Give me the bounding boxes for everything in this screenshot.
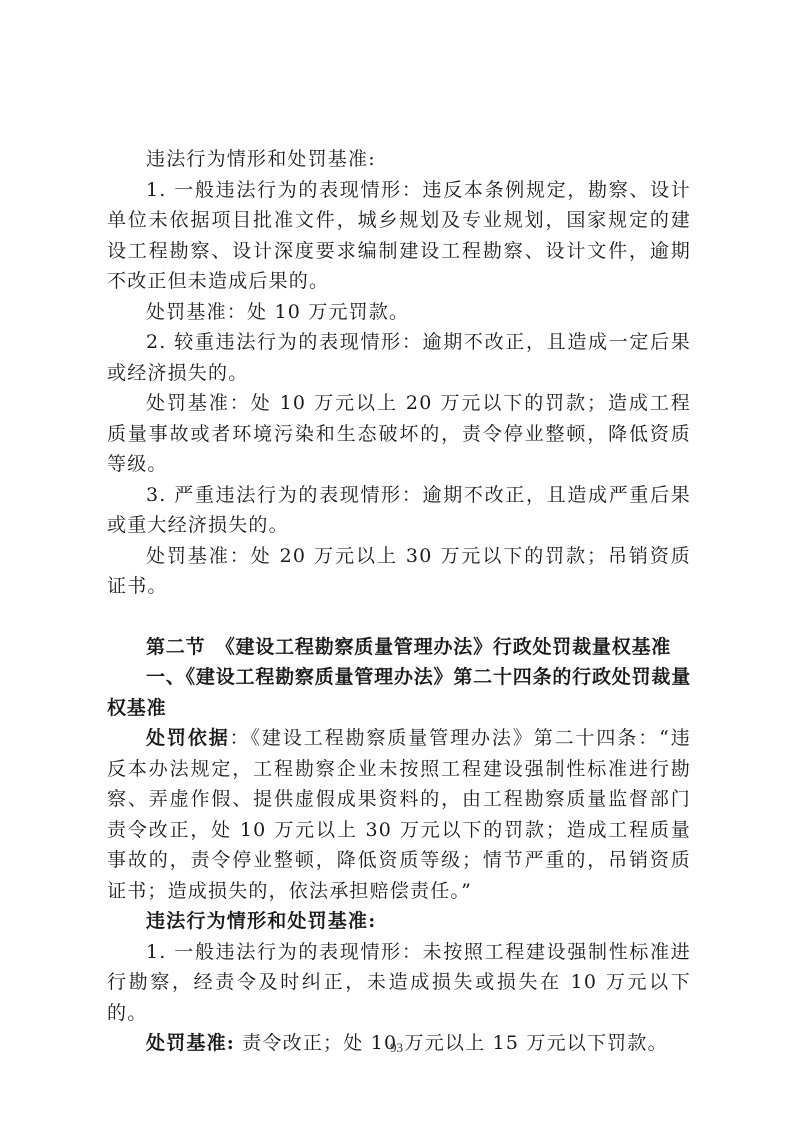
penalty-basis-label: 处罚依据 [146, 727, 230, 749]
severe-violation-case: 3. 严重违法行为的表现情形：逾期不改正，且造成严重后果或重大经济损失的。 [107, 480, 691, 541]
serious-violation-penalty: 处罚基准：处 10 万元以上 20 万元以下的罚款；造成工程质量事故或者环境污染… [107, 388, 691, 480]
general-violation-penalty: 处罚基准：处 10 万元罚款。 [107, 297, 691, 328]
subsection-title: 一、《建设工程勘察质量管理办法》第二十四条的行政处罚裁量权基准 [107, 662, 691, 723]
section-spacer [107, 602, 691, 632]
serious-violation-case: 2. 较重违法行为的表现情形：逾期不改正，且造成一定后果或经济损失的。 [107, 327, 691, 388]
penalty-basis: 处罚依据：《建设工程勘察质量管理办法》第二十四条：“违反本办法规定，工程勘察企业… [107, 723, 691, 906]
section-title: 第二节 《建设工程勘察质量管理办法》行政处罚裁量权基准 [107, 632, 691, 663]
general-violation-case-2: 1. 一般违法行为的表现情形：未按照工程建设强制性标准进行勘察，经责令及时纠正，… [107, 937, 691, 1029]
general-violation-case: 1. 一般违法行为的表现情形：违反本条例规定，勘察、设计单位未依据项目批准文件，… [107, 175, 691, 297]
violation-heading: 违法行为情形和处罚基准: [107, 144, 691, 175]
violation-heading-2: 违法行为情形和处罚基准: [107, 906, 691, 937]
penalty-basis-text: ：《建设工程勘察质量管理办法》第二十四条：“违反本办法规定，工程勘察企业未按照工… [107, 727, 691, 902]
document-page: 违法行为情形和处罚基准: 1. 一般违法行为的表现情形：违反本条例规定，勘察、设… [107, 144, 691, 1059]
page-number: 93 [0, 1040, 793, 1056]
severe-violation-penalty: 处罚基准：处 20 万元以上 30 万元以下的罚款；吊销资质证书。 [107, 541, 691, 602]
